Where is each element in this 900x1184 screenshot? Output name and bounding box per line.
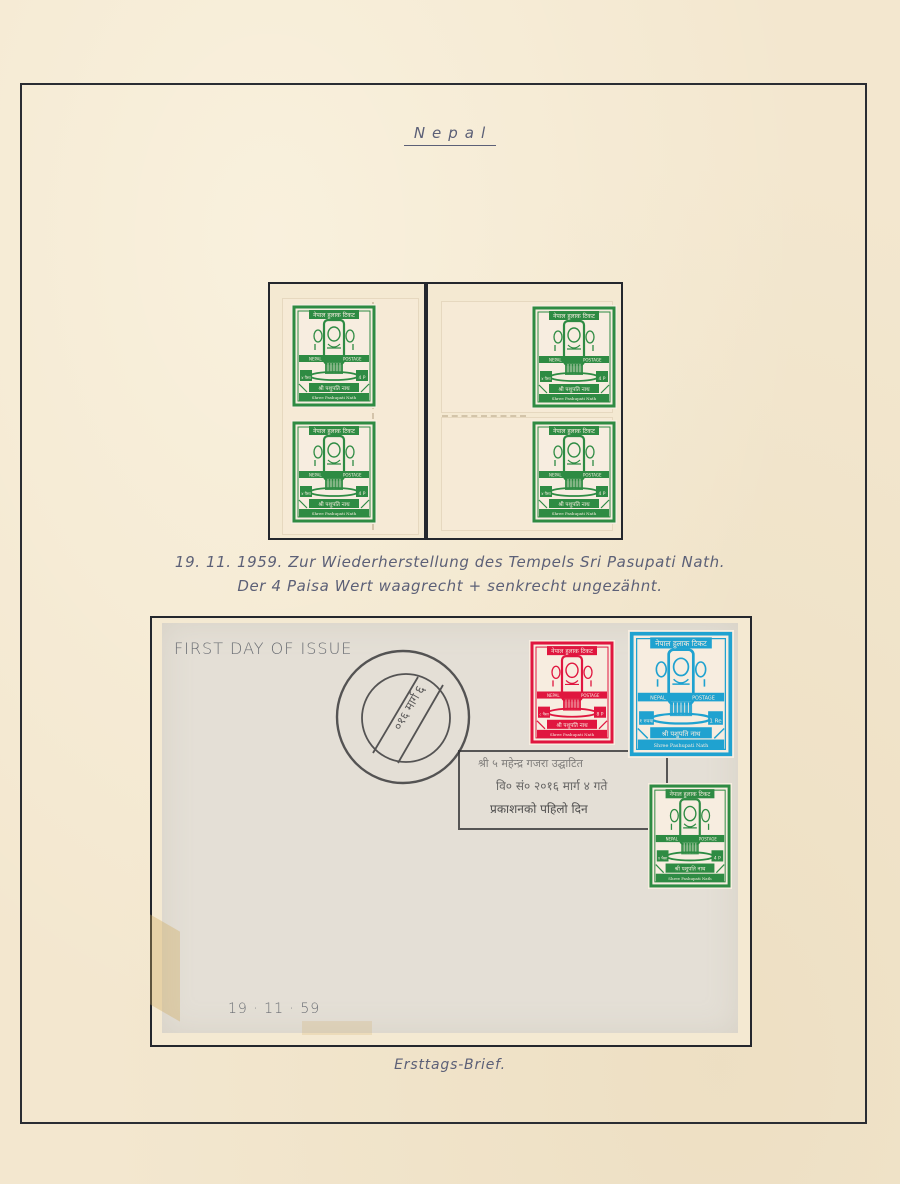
page-title: Nepal <box>0 124 900 142</box>
svg-text:NEPAL: NEPAL <box>547 693 560 698</box>
svg-text:Shree Pashupati Nath: Shree Pashupati Nath <box>654 743 709 749</box>
svg-text:NEPAL: NEPAL <box>309 357 322 362</box>
svg-text:श्री पशुपति नाथ: श्री पशुपति नाथ <box>675 866 706 873</box>
stamp-block-frame-right: नेपाल हुलाक टिकट NEPAL POSTAGE ४ पैसा 4 … <box>426 282 623 540</box>
svg-text:४ पैसा: ४ पैसा <box>541 491 551 496</box>
caption-variety-note: Der 4 Paisa Wert waagrecht + senkrecht u… <box>0 577 900 595</box>
stamp-4-paisa-green: नेपाल हुलाक टिकट NEPAL POSTAGE ४ पैसा 4 … <box>648 783 732 889</box>
svg-text:नेपाल हुलाक टिकट: नेपाल हुलाक टिकट <box>670 790 712 798</box>
svg-text:Shree Pashupati Nath: Shree Pashupati Nath <box>550 732 595 737</box>
svg-text:NEPAL: NEPAL <box>549 358 562 363</box>
stamp-4-paisa-green: नेपाल हुलाक टिकट NEPAL POSTAGE ४ पैसा 4 … <box>531 420 617 524</box>
svg-text:Shree Pashupati Nath: Shree Pashupati Nath <box>552 511 597 516</box>
svg-text:४ पैसा: ४ पैसा <box>658 855 668 860</box>
svg-text:१ रुपया: १ रुपया <box>640 718 655 724</box>
svg-text:1 Re: 1 Re <box>709 718 722 724</box>
svg-text:०१६ मार्ग: ०१६ मार्ग <box>390 690 422 732</box>
svg-text:4 P: 4 P <box>598 376 605 382</box>
gutter-perforation <box>442 415 526 417</box>
svg-text:POSTAGE: POSTAGE <box>583 358 602 363</box>
cover-caption: Ersttags-Brief. <box>0 1057 900 1073</box>
stamp-1-rupee-blue: नेपाल हुलाक टिकट NEPAL POSTAGE १ रुपया 1… <box>628 630 734 758</box>
svg-text:POSTAGE: POSTAGE <box>699 837 718 842</box>
stamp-4-paisa-green: नेपाल हुलाक टिकट NEPAL POSTAGE ४ पैसा 4 … <box>291 420 377 524</box>
stamp-4-paisa-green: नेपाल हुलाक टिकट NEPAL POSTAGE ४ पैसा 4 … <box>531 305 617 409</box>
svg-text:NEPAL: NEPAL <box>309 473 322 478</box>
svg-text:श्री पशुपति नाथ: श्री पशुपति नाथ <box>558 501 590 508</box>
svg-text:नेपाल हुलाक टिकट: नेपाल हुलाक टिकट <box>313 427 356 435</box>
pencil-date: 19 · 11 · 59 <box>228 1001 320 1017</box>
svg-text:8 P: 8 P <box>596 712 603 718</box>
svg-text:श्री पशुपति नाथ: श्री पशुपति नाथ <box>318 501 350 508</box>
stamp-4-paisa-green: नेपाल हुलाक टिकट NEPAL POSTAGE ४ पैसा 4 … <box>291 304 377 408</box>
svg-text:POSTAGE: POSTAGE <box>343 357 362 362</box>
svg-text:Shree Pashupati Nath: Shree Pashupati Nath <box>312 395 357 400</box>
boxed-cachet: श्री ५ महेन्द्र गजरा उद्घाटित वि० सं० २०… <box>458 750 668 830</box>
svg-text:Shree Pashupati Nath: Shree Pashupati Nath <box>312 511 357 516</box>
svg-text:POSTAGE: POSTAGE <box>581 693 600 698</box>
caption-issue-description: 19. 11. 1959. Zur Wiederherstellung des … <box>0 553 900 571</box>
svg-text:Shree Pashupati Nath: Shree Pashupati Nath <box>552 396 597 401</box>
svg-text:नेपाल हुलाक टिकट: नेपाल हुलाक टिकट <box>551 647 594 655</box>
svg-text:श्री पशुपति नाथ: श्री पशुपति नाथ <box>556 722 588 729</box>
hinge-stain <box>150 914 180 1021</box>
svg-text:4 P: 4 P <box>358 375 365 381</box>
svg-text:४ पैसा: ४ पैसा <box>541 376 551 381</box>
svg-text:Shree Pashupati Nath: Shree Pashupati Nath <box>668 876 712 881</box>
hinge-stain <box>302 1021 372 1035</box>
svg-text:८ पैसा: ८ पैसा <box>539 712 549 717</box>
svg-text:नेपाल हुलाक टिकट: नेपाल हुलाक टिकट <box>313 311 356 319</box>
svg-text:४ पैसा: ४ पैसा <box>301 491 311 496</box>
svg-text:नेपाल हुलाक टिकट: नेपाल हुलाक टिकट <box>655 639 707 649</box>
svg-text:४ पैसा: ४ पैसा <box>301 375 311 380</box>
svg-text:4 P: 4 P <box>714 855 721 861</box>
svg-text:NEPAL: NEPAL <box>549 473 562 478</box>
svg-text:NEPAL: NEPAL <box>666 837 679 842</box>
svg-text:NEPAL: NEPAL <box>650 696 666 702</box>
stamp-block-frame-left: नेपाल हुलाक टिकट NEPAL POSTAGE ४ पैसा 4 … <box>268 282 426 540</box>
svg-text:नेपाल हुलाक टिकट: नेपाल हुलाक टिकट <box>553 312 596 320</box>
svg-text:श्री पशुपति नाथ: श्री पशुपति नाथ <box>558 386 590 393</box>
svg-text:POSTAGE: POSTAGE <box>343 473 362 478</box>
svg-text:POSTAGE: POSTAGE <box>583 473 602 478</box>
svg-text:श्री पशुपति नाथ: श्री पशुपति नाथ <box>318 385 350 392</box>
svg-text:POSTAGE: POSTAGE <box>692 696 715 702</box>
svg-text:श्री पशुपति नाथ: श्री पशुपति नाथ <box>662 729 701 738</box>
svg-text:नेपाल हुलाक टिकट: नेपाल हुलाक टिकट <box>553 427 596 435</box>
svg-text:4 P: 4 P <box>358 491 365 497</box>
svg-text:4 P: 4 P <box>598 491 605 497</box>
stamp-8-paisa-red: नेपाल हुलाक टिकट NEPAL POSTAGE ८ पैसा 8 … <box>529 640 615 745</box>
